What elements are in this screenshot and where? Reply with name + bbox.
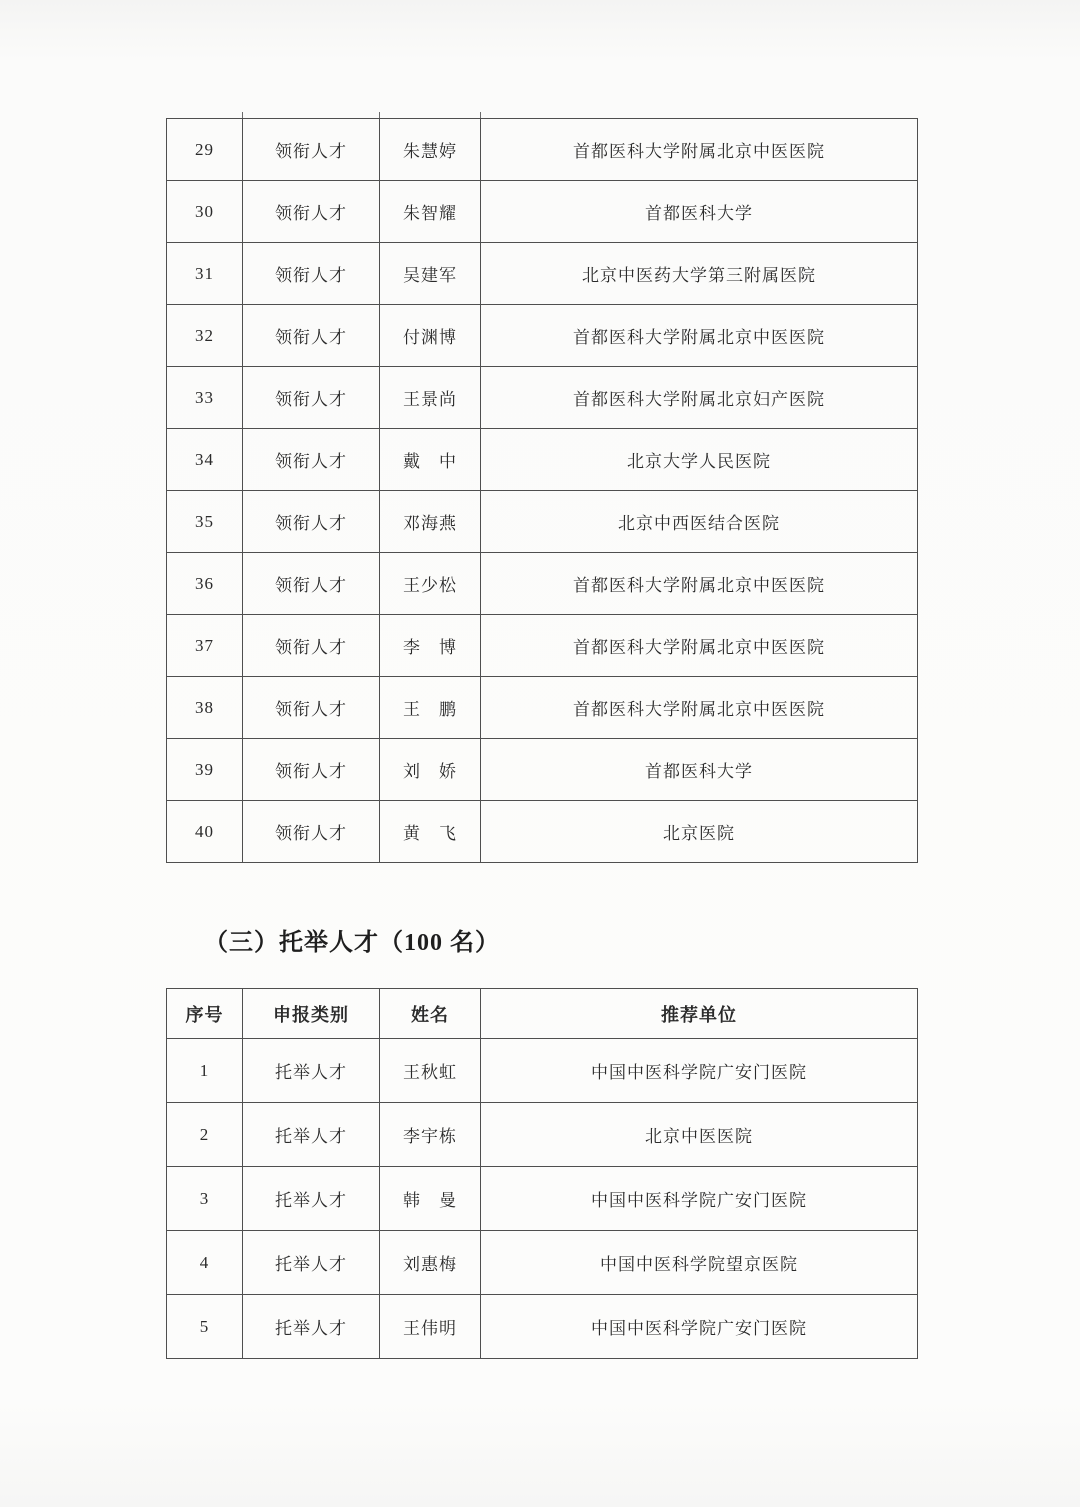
cell-no: 32 — [167, 305, 243, 367]
cell-category: 托举人才 — [243, 1103, 380, 1167]
cell-no: 5 — [167, 1295, 243, 1359]
cell-name: 王伟明 — [380, 1295, 481, 1359]
cell-org: 北京中西医结合医院 — [481, 491, 918, 553]
tuoju-talent-table-body: 1托举人才王秋虹中国中医科学院广安门医院2托举人才李宇栋北京中医医院3托举人才韩… — [167, 1039, 918, 1359]
header-cell-no: 序号 — [167, 989, 243, 1039]
cell-no: 2 — [167, 1103, 243, 1167]
cell-name: 黄 飞 — [380, 801, 481, 863]
leading-talent-table: 29领衔人才朱慧婷首都医科大学附属北京中医医院30领衔人才朱智耀首都医科大学31… — [166, 118, 918, 863]
cell-name: 邓海燕 — [380, 491, 481, 553]
cell-category: 托举人才 — [243, 1231, 380, 1295]
cell-org: 首都医科大学附属北京中医医院 — [481, 677, 918, 739]
table-row: 36领衔人才王少松首都医科大学附属北京中医医院 — [167, 553, 918, 615]
cell-category: 领衔人才 — [243, 739, 380, 801]
cell-name: 李宇栋 — [380, 1103, 481, 1167]
cell-category: 领衔人才 — [243, 305, 380, 367]
cell-org: 首都医科大学 — [481, 181, 918, 243]
header-cell-category: 申报类别 — [243, 989, 380, 1039]
table-row: 32领衔人才付渊博首都医科大学附属北京中医医院 — [167, 305, 918, 367]
cell-name: 王 鹏 — [380, 677, 481, 739]
cell-category: 领衔人才 — [243, 429, 380, 491]
table-header-row: 序号 申报类别 姓名 推荐单位 — [167, 989, 918, 1039]
cell-name: 吴建军 — [380, 243, 481, 305]
table-row: 30领衔人才朱智耀首都医科大学 — [167, 181, 918, 243]
cell-category: 托举人才 — [243, 1039, 380, 1103]
cell-category: 领衔人才 — [243, 491, 380, 553]
cell-no: 34 — [167, 429, 243, 491]
cell-org: 北京医院 — [481, 801, 918, 863]
tuoju-table-header: 序号 申报类别 姓名 推荐单位 — [167, 989, 918, 1039]
document-page: 29领衔人才朱慧婷首都医科大学附属北京中医医院30领衔人才朱智耀首都医科大学31… — [0, 0, 1080, 1507]
cell-no: 40 — [167, 801, 243, 863]
table-row: 31领衔人才吴建军北京中医药大学第三附属医院 — [167, 243, 918, 305]
cell-org: 中国中医科学院望京医院 — [481, 1231, 918, 1295]
table-row: 5托举人才王伟明中国中医科学院广安门医院 — [167, 1295, 918, 1359]
cell-org: 首都医科大学附属北京中医医院 — [481, 615, 918, 677]
cell-no: 4 — [167, 1231, 243, 1295]
cell-name: 李 博 — [380, 615, 481, 677]
cell-name: 王少松 — [380, 553, 481, 615]
section-heading: （三）托举人才（100 名） — [204, 922, 500, 957]
cell-category: 领衔人才 — [243, 677, 380, 739]
header-cell-org: 推荐单位 — [481, 989, 918, 1039]
cell-category: 领衔人才 — [243, 615, 380, 677]
cell-org: 北京中医医院 — [481, 1103, 918, 1167]
cell-name: 戴 中 — [380, 429, 481, 491]
cell-no: 30 — [167, 181, 243, 243]
cell-category: 领衔人才 — [243, 553, 380, 615]
cell-name: 朱智耀 — [380, 181, 481, 243]
table-row: 29领衔人才朱慧婷首都医科大学附属北京中医医院 — [167, 119, 918, 181]
cell-no: 3 — [167, 1167, 243, 1231]
cell-category: 托举人才 — [243, 1295, 380, 1359]
table-row: 2托举人才李宇栋北京中医医院 — [167, 1103, 918, 1167]
cell-name: 刘 娇 — [380, 739, 481, 801]
cell-org: 中国中医科学院广安门医院 — [481, 1167, 918, 1231]
cell-org: 首都医科大学附属北京中医医院 — [481, 553, 918, 615]
cell-name: 韩 曼 — [380, 1167, 481, 1231]
leading-talent-table-body: 29领衔人才朱慧婷首都医科大学附属北京中医医院30领衔人才朱智耀首都医科大学31… — [167, 119, 918, 863]
cell-category: 领衔人才 — [243, 367, 380, 429]
table-row: 1托举人才王秋虹中国中医科学院广安门医院 — [167, 1039, 918, 1103]
cell-no: 29 — [167, 119, 243, 181]
table-row: 34领衔人才戴 中北京大学人民医院 — [167, 429, 918, 491]
table-row: 40领衔人才黄 飞北京医院 — [167, 801, 918, 863]
cell-org: 北京大学人民医院 — [481, 429, 918, 491]
cell-no: 37 — [167, 615, 243, 677]
table-row: 35领衔人才邓海燕北京中西医结合医院 — [167, 491, 918, 553]
table-row: 37领衔人才李 博首都医科大学附属北京中医医院 — [167, 615, 918, 677]
cell-no: 38 — [167, 677, 243, 739]
table-row: 33领衔人才王景尚首都医科大学附属北京妇产医院 — [167, 367, 918, 429]
header-cell-name: 姓名 — [380, 989, 481, 1039]
cell-name: 王景尚 — [380, 367, 481, 429]
table-row: 4托举人才刘惠梅中国中医科学院望京医院 — [167, 1231, 918, 1295]
cell-no: 36 — [167, 553, 243, 615]
cell-category: 领衔人才 — [243, 181, 380, 243]
cell-org: 首都医科大学 — [481, 739, 918, 801]
cell-name: 刘惠梅 — [380, 1231, 481, 1295]
tuoju-talent-table: 序号 申报类别 姓名 推荐单位 1托举人才王秋虹中国中医科学院广安门医院2托举人… — [166, 988, 918, 1359]
cell-org: 首都医科大学附属北京中医医院 — [481, 119, 918, 181]
cell-category: 领衔人才 — [243, 119, 380, 181]
cell-no: 1 — [167, 1039, 243, 1103]
cell-org: 首都医科大学附属北京中医医院 — [481, 305, 918, 367]
cell-org: 首都医科大学附属北京妇产医院 — [481, 367, 918, 429]
cell-no: 31 — [167, 243, 243, 305]
cell-no: 39 — [167, 739, 243, 801]
cell-category: 托举人才 — [243, 1167, 380, 1231]
cell-org: 中国中医科学院广安门医院 — [481, 1039, 918, 1103]
table-row: 38领衔人才王 鹏首都医科大学附属北京中医医院 — [167, 677, 918, 739]
cell-org: 北京中医药大学第三附属医院 — [481, 243, 918, 305]
cell-category: 领衔人才 — [243, 243, 380, 305]
cell-no: 33 — [167, 367, 243, 429]
cell-name: 付渊博 — [380, 305, 481, 367]
cell-name: 朱慧婷 — [380, 119, 481, 181]
cell-org: 中国中医科学院广安门医院 — [481, 1295, 918, 1359]
cell-name: 王秋虹 — [380, 1039, 481, 1103]
cell-category: 领衔人才 — [243, 801, 380, 863]
table-row: 39领衔人才刘 娇首都医科大学 — [167, 739, 918, 801]
cell-no: 35 — [167, 491, 243, 553]
table-row: 3托举人才韩 曼中国中医科学院广安门医院 — [167, 1167, 918, 1231]
